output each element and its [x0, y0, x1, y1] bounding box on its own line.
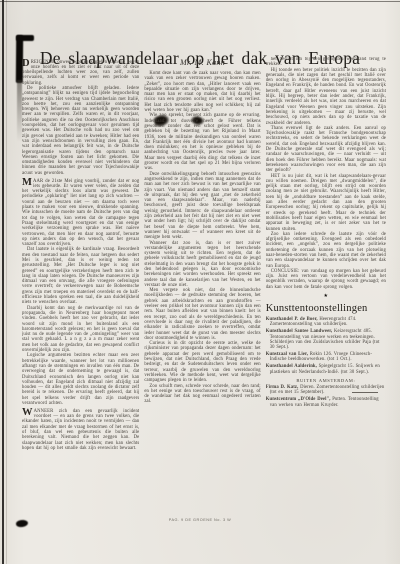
drop-cap: W: [22, 409, 33, 418]
paragraph-text: Daarbij komt dan nog de merkwaardige rol…: [22, 306, 139, 353]
paragraph-text: Wie zoo spreekt, beroept zich gaarne op …: [144, 113, 260, 171]
paragraph-text: Wanneer dat zoo is, dan is er met zuiver…: [144, 241, 260, 288]
paragraph-text: AAR de 21ste Mei ging voorbij, zonder da…: [22, 179, 139, 248]
exhibitions-list: Kunsthandel P. de Boer, Heerengracht 474…: [266, 317, 386, 375]
exhibition-venue: Kunsthandel P. de Boer,: [266, 317, 318, 322]
article-paragraph: Komt deze kant van de zaak naar voren, d…: [144, 71, 260, 113]
article-paragraph: DREIGENDE onweerswolken stapelen zich op…: [22, 60, 139, 86]
exhibition-list-item: Kunsthandel Santee Landweer, Keizersgrac…: [266, 329, 386, 350]
exhibition-venue: Kunsthandel Aalderink,: [266, 364, 317, 369]
footer-page-label: PAG. 9 DE GROENE No. 3 W: [0, 518, 400, 522]
article-byline: Mr. M. Kann: [144, 58, 260, 67]
section-divider-star-icon: ★: [266, 294, 386, 300]
paragraph-text: Deze ontwikkelingsgang behoeft intussche…: [144, 172, 260, 241]
exhibition-venue: Kunstcentrum „D'Olde Deel",: [266, 397, 331, 402]
article-column-3: het besluit om bij den geringsten weerst…: [266, 57, 386, 509]
article-column-2: Mr. M. Kann Komt deze kant van de zaak n…: [144, 57, 260, 507]
article-paragraph: Logische argumenten bezitten echter maar…: [22, 353, 139, 406]
article-paragraph: Men vergete ook niet, dat de binnenlands…: [144, 288, 260, 341]
paragraph-text: HET is nu juist dit, wat ik het slaapwan…: [266, 174, 386, 232]
article-paragraph: het besluit om bij den geringsten weerst…: [266, 57, 386, 68]
article-paragraph: Wie zoo spreekt, beroept zich gaarne op …: [144, 113, 260, 171]
article-paragraph: Daarbij komt dan nog de merkwaardige rol…: [22, 306, 139, 354]
paragraph-text: Thans evenwel ligt de zaak anders. Een a…: [266, 126, 386, 173]
article-paragraph: Zoo kan iedere schrede de laatste zijn v…: [266, 232, 386, 269]
article-paragraph: Hij toonde een beter politiek inzicht te…: [266, 68, 386, 126]
outside-amsterdam-heading: BUITEN AMSTERDAM:: [266, 378, 386, 383]
scan-edge-top-line: [0, 1, 400, 2]
article-paragraph: HET is nu juist dit, wat ik het slaapwan…: [266, 174, 386, 232]
paragraph-text: CONCLUSIE: van vandaag op morgen kan het…: [266, 269, 386, 290]
scan-edge-left-line: [2, 0, 4, 564]
exhibition-list-item: Kunstcentrum „D'Olde Deel", Putten. Tent…: [266, 397, 386, 408]
scanned-newspaper-page: De slaapwandelaar op het dak van Europa …: [0, 0, 400, 564]
paragraph-text: Logische argumenten bezitten echter maar…: [22, 353, 139, 406]
article-paragraph: Dat laatste is eigenlijk de kardinale vr…: [22, 247, 139, 305]
article-column-3-text: het besluit om bij den geringsten weerst…: [266, 57, 386, 290]
exhibitions-list-outside: Firma D. Katz, Dieren. Zomertentoonstell…: [266, 385, 386, 408]
exhibitions-section-heading: Kunsttentoonstellingen: [266, 303, 386, 314]
article-paragraph: CONCLUSIE: van vandaag op morgen kan het…: [266, 269, 386, 290]
scan-edge-left-shadow: [6, 0, 7, 564]
paragraph-text: Dat laatste is eigenlijk de kardinale vr…: [22, 247, 139, 305]
drop-cap: M: [22, 179, 32, 188]
paragraph-text: het besluit om bij den geringsten weerst…: [266, 57, 386, 67]
exhibition-list-item: Firma D. Katz, Dieren. Zomertentoonstell…: [266, 385, 386, 396]
paragraph-text: Komt deze kant van de zaak naar voren, d…: [144, 71, 260, 113]
paragraph-text: Hij toonde een beter politiek inzicht te…: [266, 68, 386, 126]
exhibition-venue: Kunsthandel Santee Landweer,: [266, 329, 333, 334]
exhibition-venue: Kunstzaal van Lier,: [266, 352, 308, 357]
article-paragraph: Thans evenwel ligt de zaak anders. Een a…: [266, 126, 386, 174]
article-column-2-text: Komt deze kant van de zaak naar voren, d…: [144, 71, 260, 405]
article-paragraph: MAAR de 21ste Mei ging voorbij, zonder d…: [22, 179, 139, 248]
paragraph-text: ANNEER zich dan een gevaarlijk incident …: [22, 409, 139, 451]
paragraph-text: Curieus is in dit opzicht de eerste acti…: [144, 341, 260, 383]
exhibition-list-item: Kunstzaal van Lier, Rokin 126. Vroege Ch…: [266, 352, 386, 363]
article-column-1: DREIGENDE onweerswolken stapelen zich op…: [22, 57, 139, 509]
paragraph-text: De politieke atmosfeer blijft geladen. I…: [22, 86, 139, 176]
paragraph-text: REIGENDE onweerswolken stapelen zich op …: [22, 60, 139, 86]
article-paragraph: Zoo schuift men, schrede voor schrede, n…: [144, 384, 260, 405]
paragraph-text: Zoo schuift men, schrede voor schrede, n…: [144, 384, 260, 405]
article-paragraph: WANNEER zich dan een gevaarlijk incident…: [22, 409, 139, 451]
article-columns: DREIGENDE onweerswolken stapelen zich op…: [22, 57, 386, 509]
exhibition-list-item: Kunsthandel P. de Boer, Heerengracht 474…: [266, 317, 386, 328]
article-paragraph: Curieus is in dit opzicht de eerste acti…: [144, 341, 260, 383]
article-paragraph: Wanneer dat zoo is, dan is er met zuiver…: [144, 241, 260, 289]
article-paragraph: De politieke atmosfeer blijft geladen. I…: [22, 86, 139, 176]
paragraph-text: Zoo kan iedere schrede de laatste zijn v…: [266, 232, 386, 269]
exhibition-venue: Firma D. Katz,: [266, 385, 299, 390]
drop-cap: D: [22, 60, 30, 69]
paragraph-text: Men vergete ook niet, dat de binnenlands…: [144, 288, 260, 341]
article-paragraph: Deze ontwikkelingsgang behoeft intussche…: [144, 172, 260, 241]
exhibition-list-item: Kunsthandel Aalderink, Spiegelgracht 15.…: [266, 364, 386, 375]
